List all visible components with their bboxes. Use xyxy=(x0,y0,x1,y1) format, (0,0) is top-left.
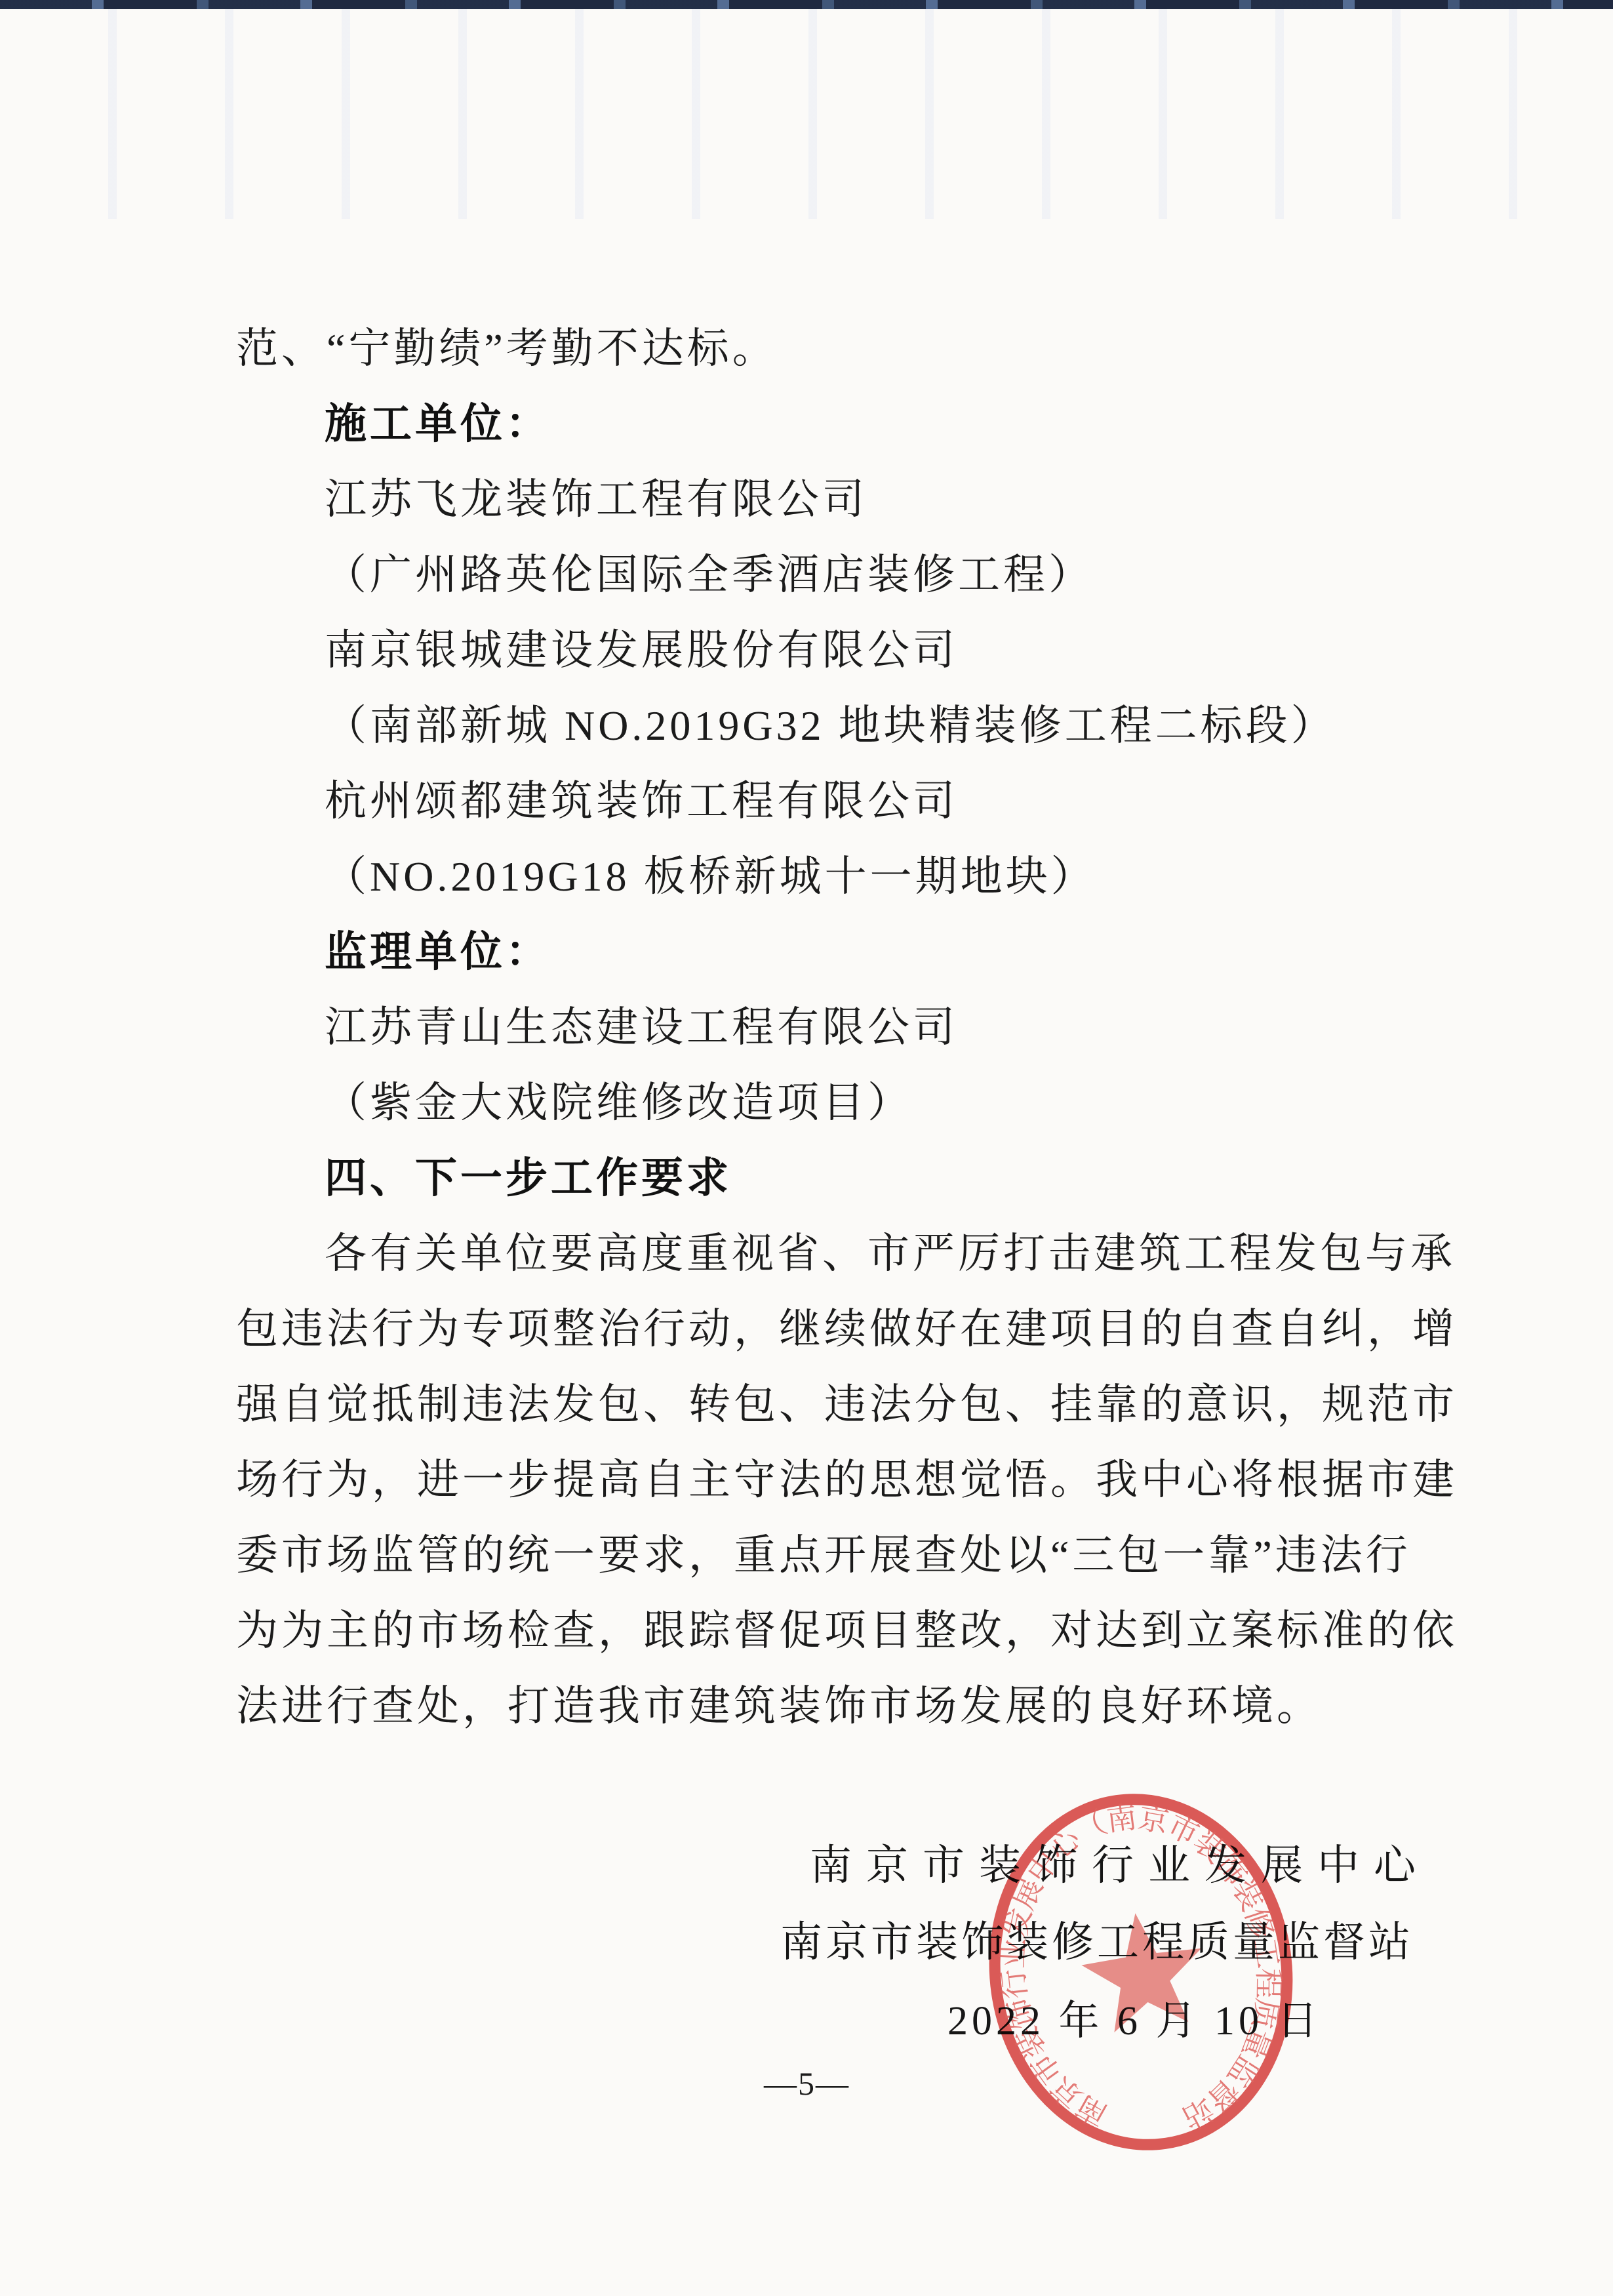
doc-line: （广州路英伦国际全季酒店装修工程） xyxy=(325,554,1094,596)
doc-heading-supervision-units: 监理单位： xyxy=(325,931,551,973)
doc-line: 杭州颂都建筑装饰工程有限公司 xyxy=(325,780,958,822)
scanner-edge-artifact xyxy=(0,0,1613,9)
signature-org-line1: 南京市装饰行业发展中心 xyxy=(810,1845,1430,1887)
doc-line: （南部新城 NO.2019G32 地块精装修工程二标段） xyxy=(325,705,1336,747)
scanned-document-page: 范、“宁勤绩”考勤不达标。 施工单位： 江苏飞龙装饰工程有限公司 （广州路英伦国… xyxy=(0,0,1613,2296)
page-number: —5— xyxy=(764,2064,850,2103)
seal-ring xyxy=(972,1781,1309,2164)
doc-line: （紫金大戏院维修改造项目） xyxy=(325,1082,913,1124)
seal-ring-text: 南京市装饰行业发展中心（南京市装饰装修工程质量监督站） xyxy=(944,1768,1307,2168)
official-seal: 南京市装饰行业发展中心（南京市装饰装修工程质量监督站） xyxy=(944,1768,1338,2178)
doc-line: 范、“宁勤绩”考勤不达标。 xyxy=(236,328,778,370)
signature-org-line2: 南京市装饰装修工程质量监督站 xyxy=(780,1922,1414,1964)
doc-line: 各有关单位要高度重视省、市严厉打击建筑工程发包与承 xyxy=(325,1233,1456,1275)
scanner-streaks-artifact xyxy=(0,9,1613,219)
doc-line: 南京银城建设发展股份有限公司 xyxy=(325,630,958,672)
doc-heading-construction-units: 施工单位： xyxy=(325,403,551,445)
seal-ring-text-holder: 南京市装饰行业发展中心（南京市装饰装修工程质量监督站） xyxy=(944,1768,1307,2168)
doc-line: 法进行查处，打造我市建筑装饰市场发展的良好环境。 xyxy=(236,1685,1322,1727)
doc-line: 强自觉抵制违法发包、转包、违法分包、挂靠的意识，规范市 xyxy=(236,1384,1458,1426)
doc-line: 江苏飞龙装饰工程有限公司 xyxy=(325,479,867,521)
doc-line: 场行为，进一步提高自主守法的思想觉悟。我中心将根据市建 xyxy=(236,1459,1458,1501)
doc-line: 包违法行为专项整治行动，继续做好在建项目的自查自纠，增 xyxy=(236,1308,1458,1350)
doc-line: 江苏青山生态建设工程有限公司 xyxy=(325,1007,958,1049)
signature-date: 2022 年 6 月 10 日 xyxy=(947,2000,1322,2042)
doc-line: （NO.2019G18 板桥新城十一期地块） xyxy=(325,856,1096,898)
doc-heading-next-steps: 四、下一步工作要求 xyxy=(325,1158,732,1199)
doc-line: 委市场监管的统一要求，重点开展查处以“三包一靠”违法行 xyxy=(236,1535,1411,1577)
doc-line: 为为主的市场检查，跟踪督促项目整改，对达到立案标准的依 xyxy=(236,1610,1458,1652)
